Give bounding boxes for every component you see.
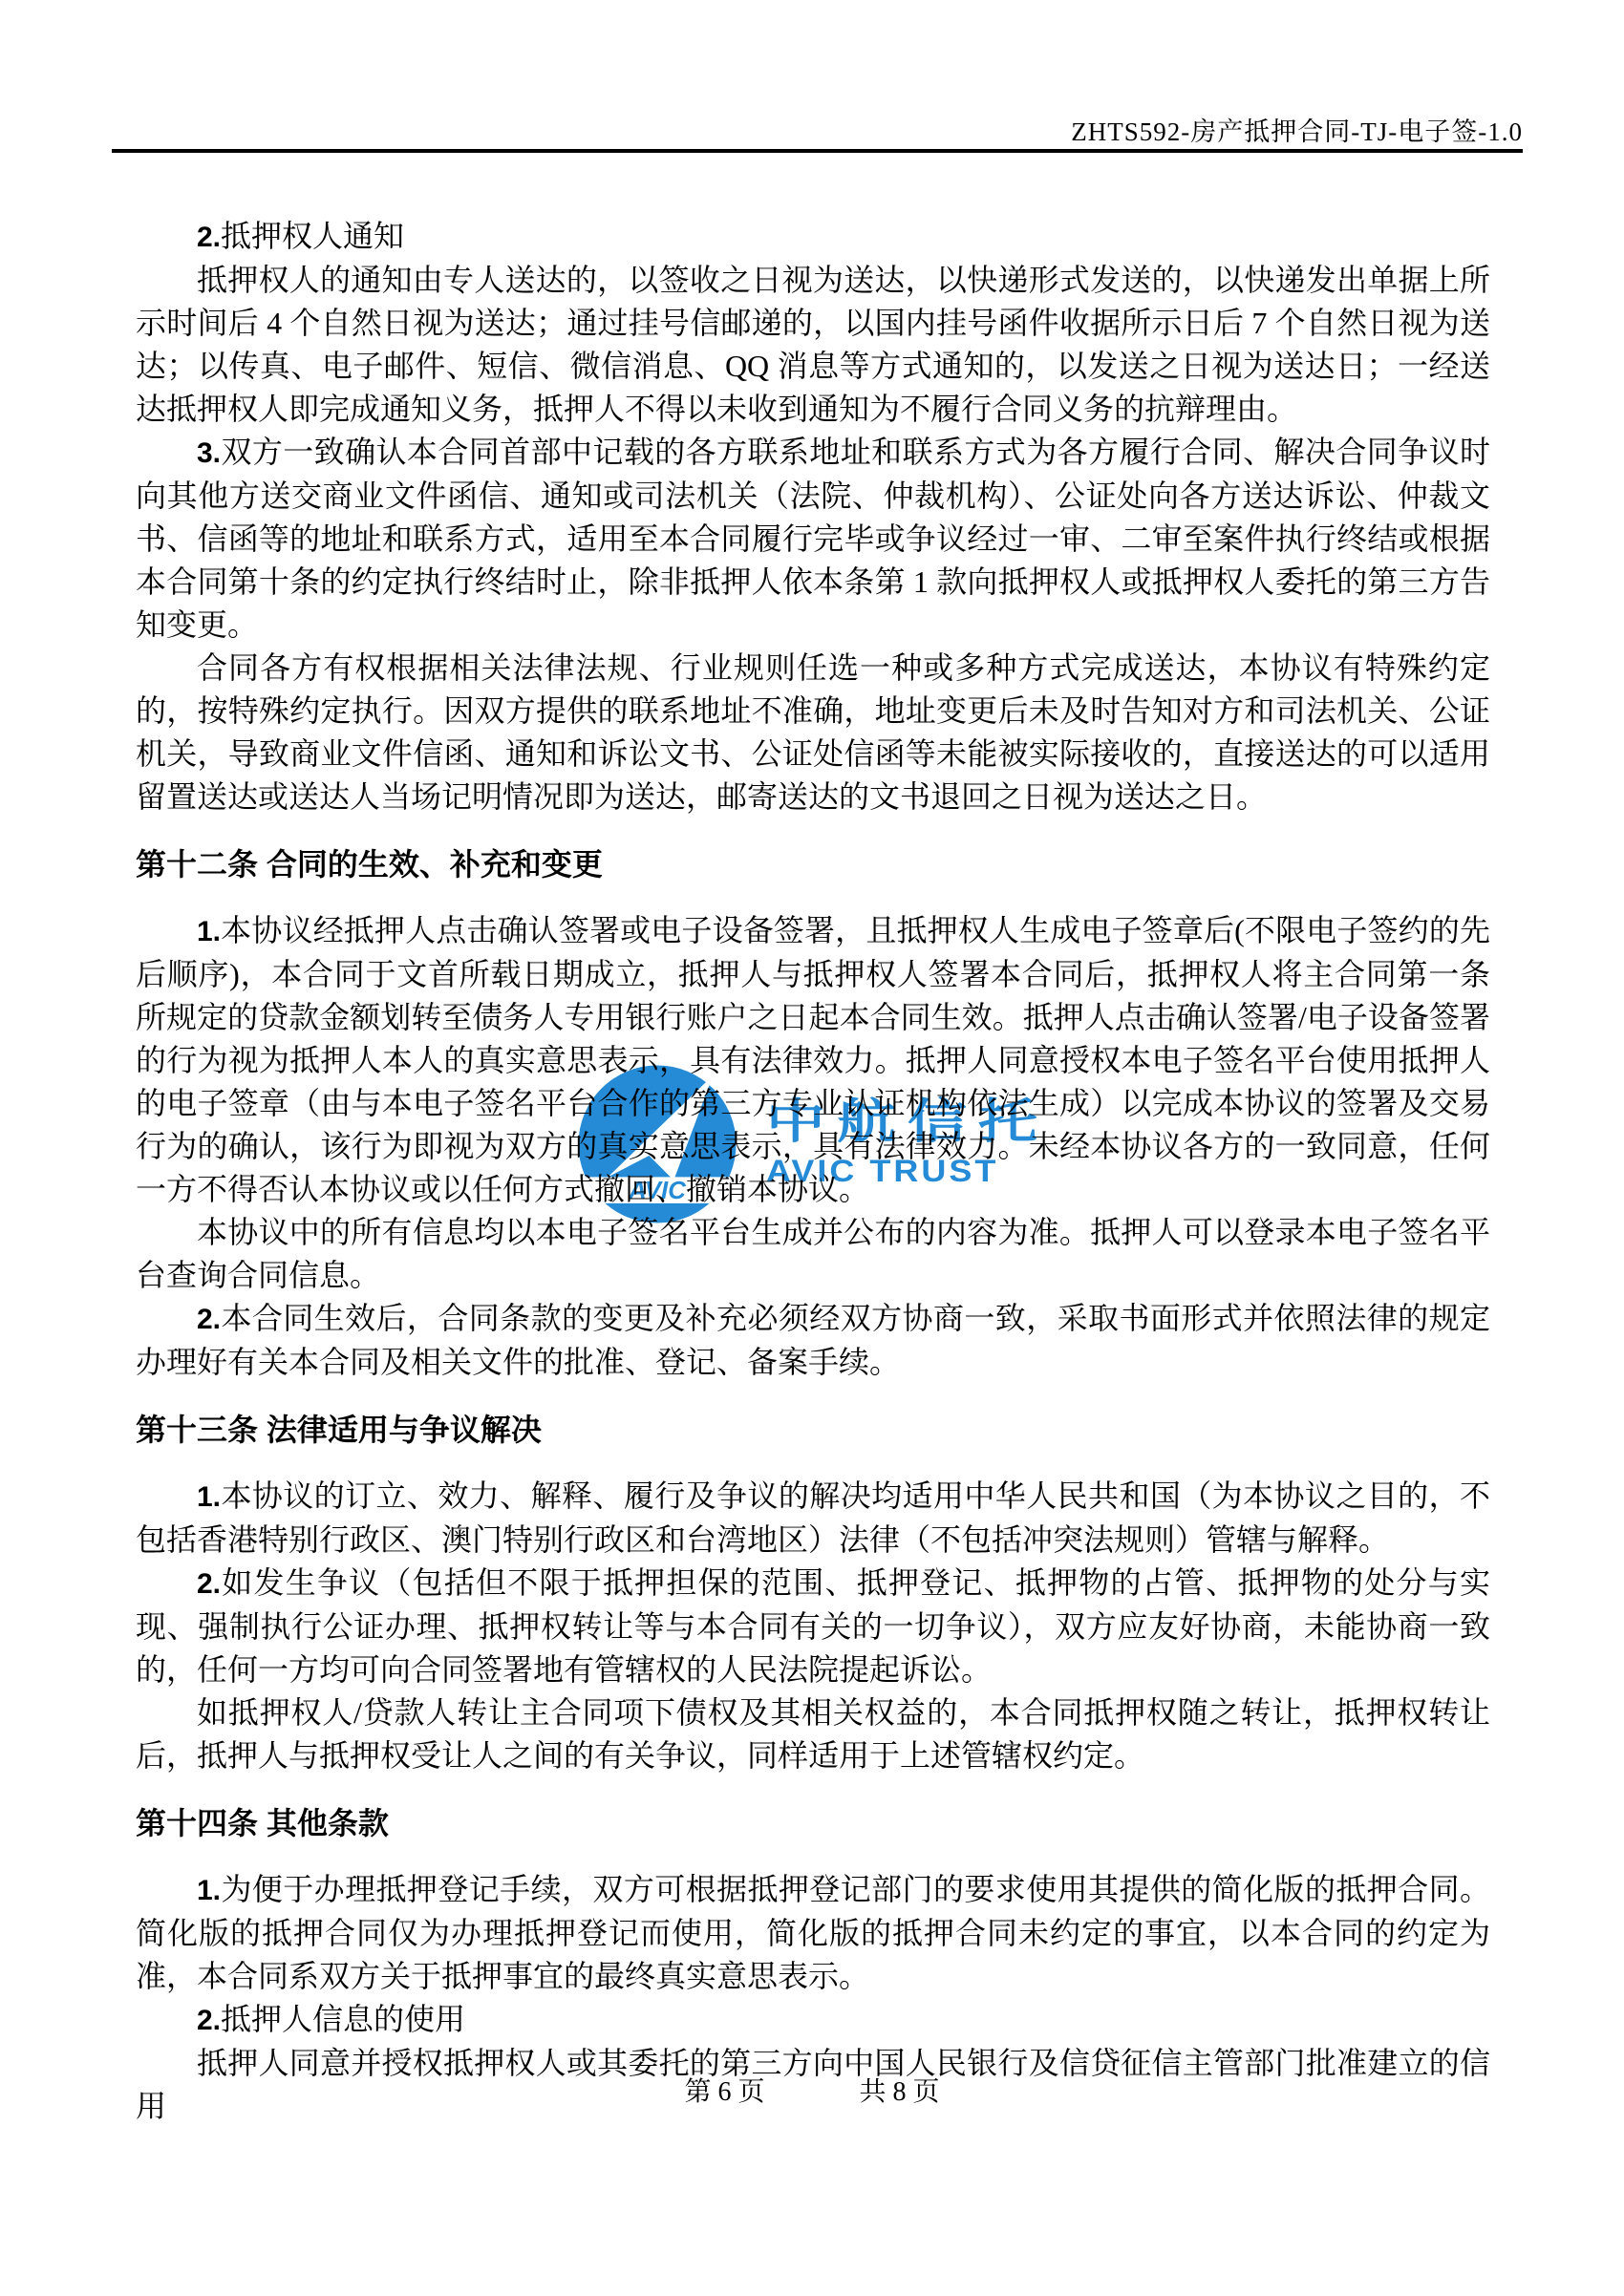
clause-number: 1. <box>197 1481 221 1513</box>
contract-paragraph: 1.本协议的订立、效力、解释、履行及争议的解决均适用中华人民共和国（为本协议之目… <box>136 1475 1490 1562</box>
paragraph-text: 如发生争议（包括但不限于抵押担保的范围、抵押登记、抵押物的占管、抵押物的处分与实… <box>136 1565 1490 1687</box>
header-rule <box>112 149 1523 153</box>
contract-paragraph: 1.为便于办理抵押登记手续，双方可根据抵押登记部门的要求使用其提供的简化版的抵押… <box>136 1868 1490 1998</box>
contract-paragraph: 2.如发生争议（包括但不限于抵押担保的范围、抵押登记、抵押物的占管、抵押物的处分… <box>136 1562 1490 1691</box>
paragraph-text: 如抵押权人/贷款人转让主合同项下债权及其相关权益的，本合同抵押权随之转让，抵押权… <box>136 1695 1490 1773</box>
contract-paragraph: 2.抵押权人通知 <box>136 215 1490 259</box>
contract-page: ZHTS592-房产抵押合同-TJ-电子签-1.0 AVIC 中航信托 AVIC… <box>0 0 1624 2296</box>
paragraph-text: 本协议中的所有信息均以本电子签名平台生成并公布的内容为准。抵押人可以登录本电子签… <box>136 1215 1490 1292</box>
contract-paragraph: 2.本合同生效后，合同条款的变更及补充必须经双方协商一致，采取书面形式并依照法律… <box>136 1297 1490 1384</box>
clause-number: 3. <box>197 437 221 469</box>
paragraph-text: 双方一致确认本合同首部中记载的各方联系地址和联系方式为各方履行合同、解决合同争议… <box>136 435 1490 642</box>
section-heading: 第十三条 法律适用与争议解决 <box>136 1409 1490 1452</box>
footer-page-number: 第 6 页 <box>684 2077 764 2107</box>
section-heading: 第十二条 合同的生效、补充和变更 <box>136 843 1490 886</box>
section-heading-label: 第十三条 法律适用与争议解决 <box>136 1413 542 1447</box>
clause-number: 1. <box>197 916 221 947</box>
section-heading: 第十四条 其他条款 <box>136 1802 1490 1845</box>
paragraph-text: 本协议的订立、效力、解释、履行及争议的解决均适用中华人民共和国（为本协议之目的，… <box>136 1478 1490 1557</box>
contract-body: 2.抵押权人通知抵押权人的通知由专人送达的，以签收之日视为送达，以快递形式发送的… <box>136 215 1490 2128</box>
paragraph-text: 抵押权人通知 <box>221 219 404 253</box>
contract-paragraph: 抵押权人的通知由专人送达的，以签收之日视为送达，以快递形式发送的，以快递发出单据… <box>136 259 1490 431</box>
contract-paragraph: 1.本协议经抵押人点击确认签署或电子设备签署，且抵押权人生成电子签章后(不限电子… <box>136 909 1490 1211</box>
contract-paragraph: 合同各方有权根据相关法律法规、行业规则任选一种或多种方式完成送达，本协议有特殊约… <box>136 647 1490 818</box>
clause-number: 1. <box>197 1875 221 1906</box>
page-footer: 第 6 页 共 8 页 <box>0 2071 1624 2109</box>
contract-paragraph: 如抵押权人/贷款人转让主合同项下债权及其相关权益的，本合同抵押权随之转让，抵押权… <box>136 1691 1490 1777</box>
clause-number: 2. <box>197 1568 221 1600</box>
paragraph-text: 本合同生效后，合同条款的变更及补充必须经双方协商一致，采取书面形式并依照法律的规… <box>136 1301 1490 1379</box>
contract-paragraph: 3.双方一致确认本合同首部中记载的各方联系地址和联系方式为各方履行合同、解决合同… <box>136 431 1490 647</box>
clause-number: 2. <box>197 222 221 253</box>
section-heading-label: 第十四条 其他条款 <box>136 1806 389 1840</box>
contract-paragraph: 本协议中的所有信息均以本电子签名平台生成并公布的内容为准。抵押人可以登录本电子签… <box>136 1211 1490 1297</box>
clause-number: 2. <box>197 2005 221 2036</box>
section-heading-label: 第十二条 合同的生效、补充和变更 <box>136 847 603 882</box>
paragraph-text: 抵押人信息的使用 <box>221 2002 465 2036</box>
footer-total-pages: 共 8 页 <box>860 2077 940 2107</box>
paragraph-text: 抵押权人的通知由专人送达的，以签收之日视为送达，以快递形式发送的，以快递发出单据… <box>136 263 1490 426</box>
paragraph-text: 为便于办理抵押登记手续，双方可根据抵押登记部门的要求使用其提供的简化版的抵押合同… <box>136 1872 1490 1993</box>
document-code: ZHTS592-房产抵押合同-TJ-电子签-1.0 <box>1071 111 1523 148</box>
paragraph-text: 合同各方有权根据相关法律法规、行业规则任选一种或多种方式完成送达，本协议有特殊约… <box>136 650 1490 814</box>
clause-number: 2. <box>197 1304 221 1335</box>
contract-paragraph: 2.抵押人信息的使用 <box>136 1998 1490 2042</box>
paragraph-text: 本协议经抵押人点击确认签署或电子设备签署，且抵押权人生成电子签章后(不限电子签约… <box>136 913 1490 1206</box>
